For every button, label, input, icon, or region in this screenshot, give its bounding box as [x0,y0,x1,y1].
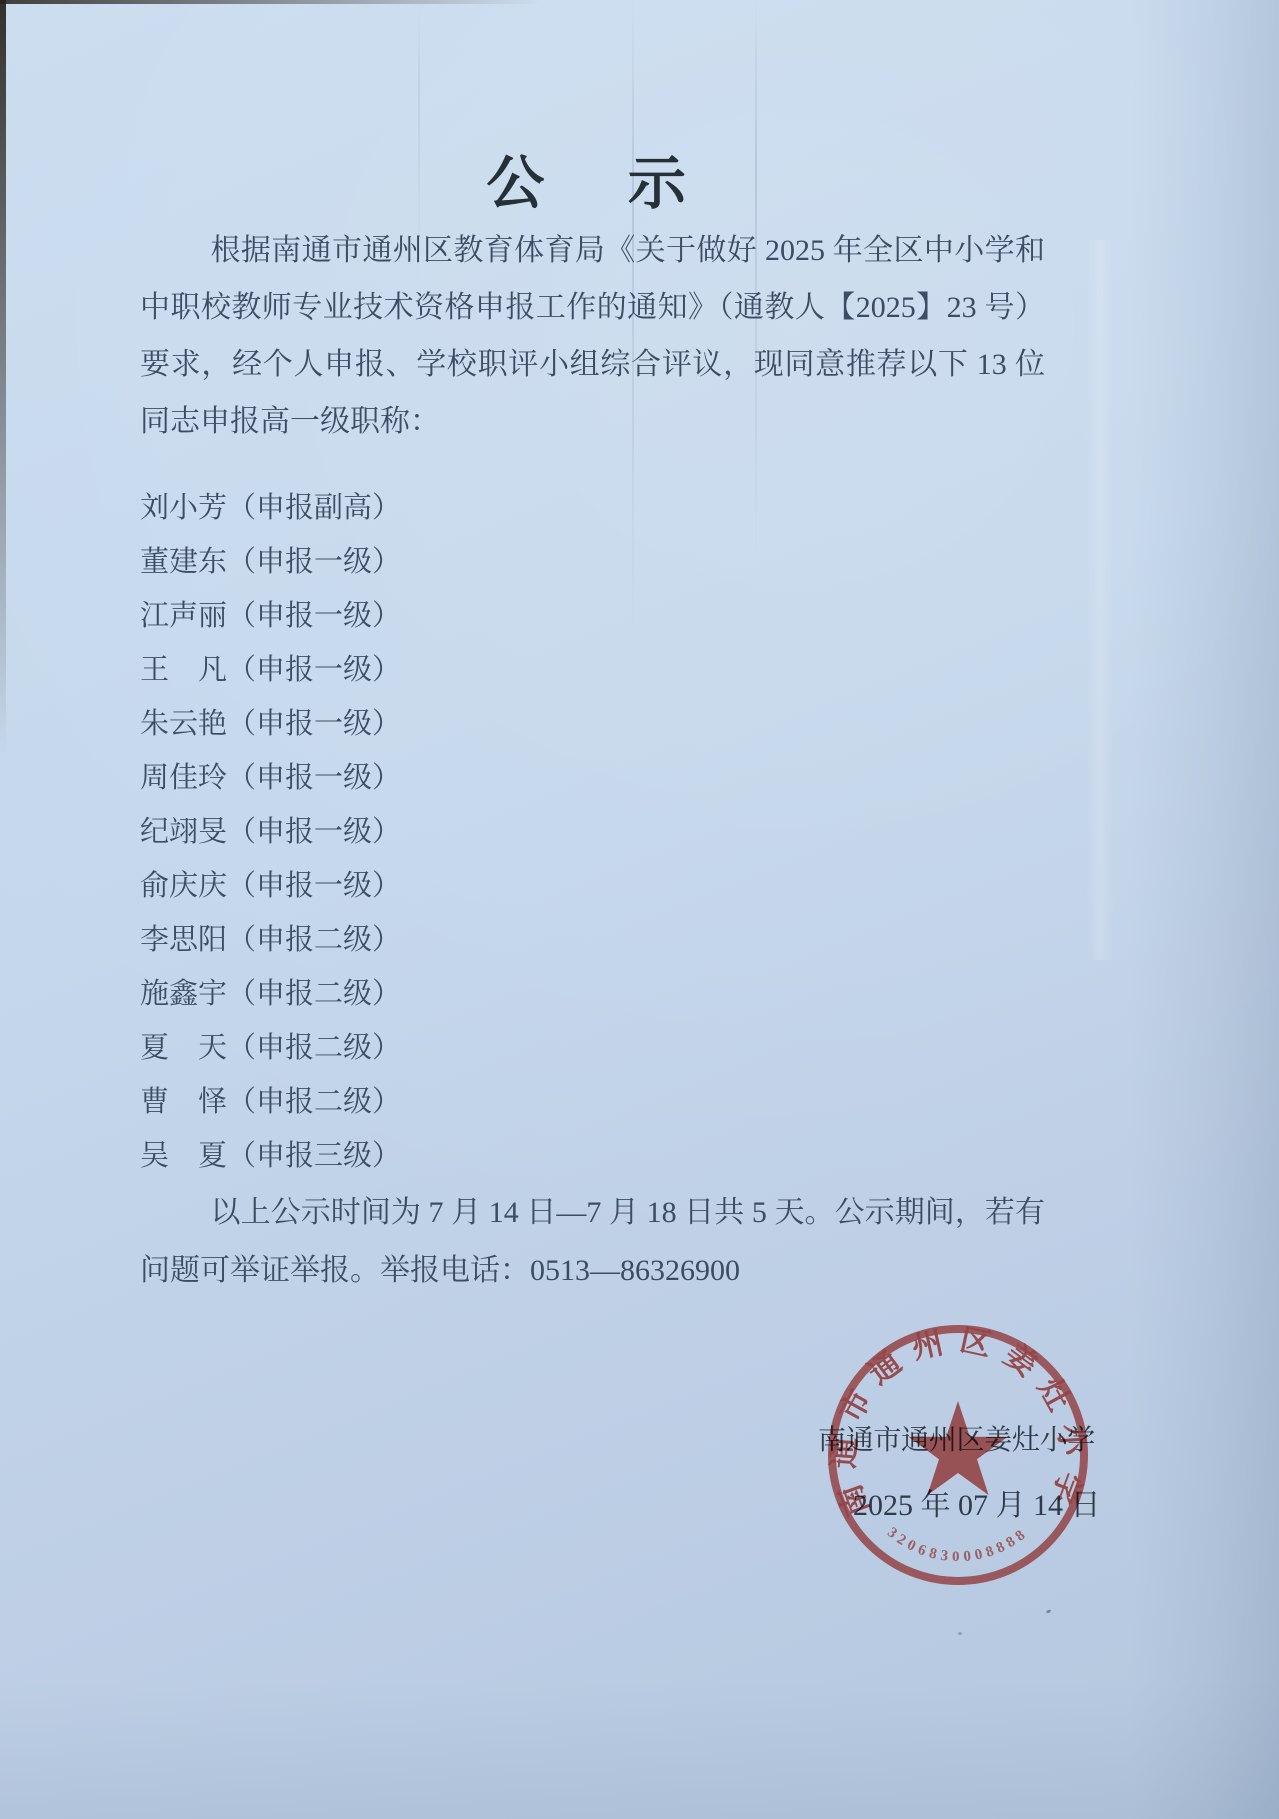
nominee-line: 朱云艳（申报一级） [140,694,1045,748]
intro-line: 根据南通市通州区教育体育局《关于做好 2025 年全区中小学和 [140,222,1045,279]
paper-fold-highlight [1086,240,1114,960]
photographed-notice-document: 公 示 根据南通市通州区教育体育局《关于做好 2025 年全区中小学和 中职校教… [0,0,1279,1819]
nominee-list: 刘小芳（申报副高） 董建东（申报一级） 江声丽（申报一级） 王 凡（申报一级） … [140,478,1045,1180]
official-seal: 南通市通州区姜灶小学 3206830008888 [818,1315,1098,1595]
seal-code: 3206830008888 [884,1525,1032,1565]
nominee-line: 王 凡（申报一级） [140,640,1045,694]
nominee-line: 夏 天（申报二级） [140,1018,1045,1072]
intro-line: 要求，经个人申报、学校职评小组综合评议，现同意推荐以下 13 位 [140,336,1045,393]
nominee-line: 纪翊旻（申报一级） [140,802,1045,856]
nominee-line: 董建东（申报一级） [140,532,1045,586]
closing-paragraph: 以上公示时间为 7 月 14 日—7 月 18 日共 5 天。公示期间，若有 问… [140,1184,1045,1300]
nominee-line: 周佳玲（申报一级） [140,748,1045,802]
nominee-line: 吴 夏（申报三级） [140,1126,1045,1180]
seal-star-icon [909,1401,1008,1495]
intro-line: 同志申报高一级职称： [140,393,1045,450]
nominee-line: 施鑫宇（申报二级） [140,964,1045,1018]
paper-bottom-shading [0,1679,1279,1819]
paper-speck [958,1632,962,1635]
photo-edge-top [0,0,540,4]
nominee-line: 李思阳（申报二级） [140,910,1045,964]
closing-line: 问题可举证举报。举报电话：0513—86326900 [140,1242,1045,1300]
intro-paragraph: 根据南通市通州区教育体育局《关于做好 2025 年全区中小学和 中职校教师专业技… [140,222,1045,450]
photo-edge-left [0,0,6,790]
paper-speck [1046,1609,1052,1614]
nominee-line: 江声丽（申报一级） [140,586,1045,640]
nominee-line: 俞庆庆（申报一级） [140,856,1045,910]
nominee-line: 刘小芳（申报副高） [140,478,1045,532]
paper-edge-shading [1129,0,1279,1819]
nominee-line: 曹 怿（申报二级） [140,1072,1045,1126]
intro-line: 中职校教师专业技术资格申报工作的通知》（通教人【2025】23 号） [140,279,1045,336]
closing-line: 以上公示时间为 7 月 14 日—7 月 18 日共 5 天。公示期间，若有 [140,1184,1045,1242]
seal-code-holder: 3206830008888 [884,1525,1032,1565]
notice-title: 公 示 [140,136,1045,220]
